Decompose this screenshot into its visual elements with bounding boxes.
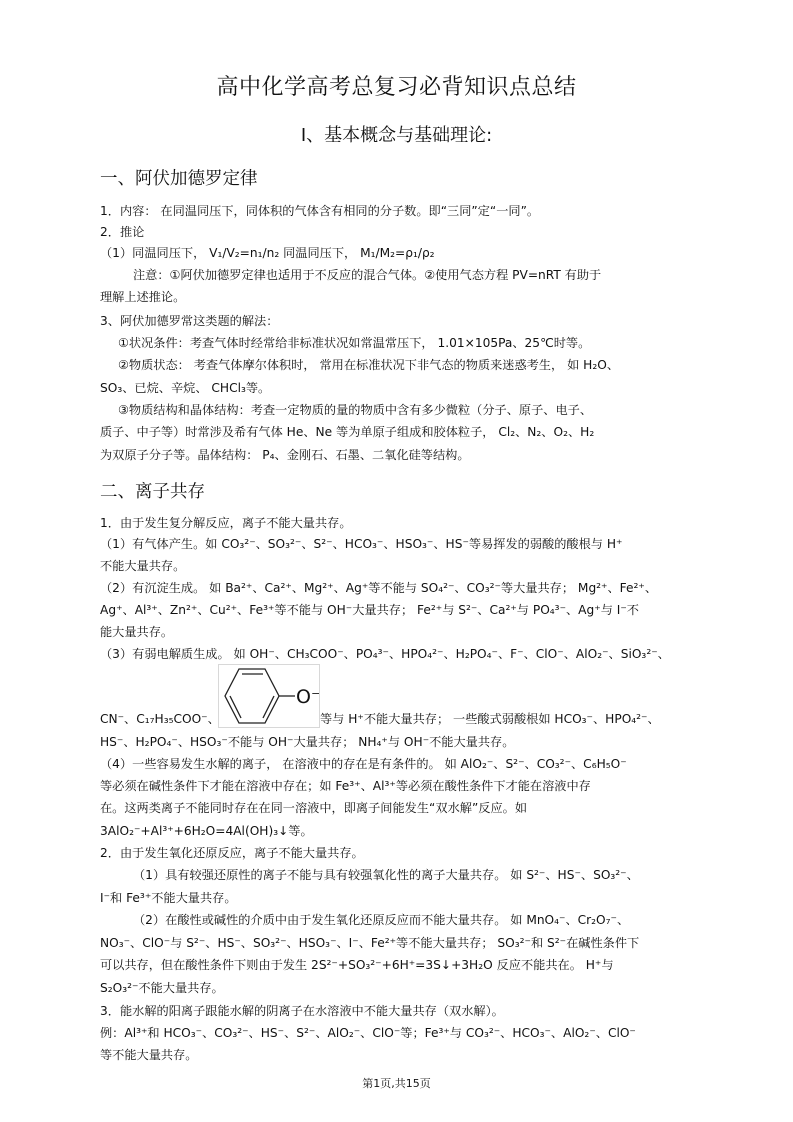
text-line: NO₃⁻、ClO⁻与 S²⁻、HS⁻、SO₃²⁻、HSO₃⁻、I⁻、Fe²⁺等不… xyxy=(100,935,639,951)
text-line: （2）在酸性或碱性的介质中由于发生氧化还原反应而不能大量共存。 如 MnO₄⁻、… xyxy=(133,912,629,928)
text-line: ①状况条件：考查气体时经常给非标准状况如常温常压下， 1.01×105Pa、25… xyxy=(118,335,590,351)
text-line: 能大量共存。 xyxy=(100,624,173,640)
text-line: 1．内容： 在同温同压下，同体积的气体含有相同的分子数。即“三同”定“一同”。 xyxy=(100,203,539,219)
text-line: 注意：①阿伏加德罗定律也适用于不反应的混合气体。②使用气态方程 PV=nRT 有… xyxy=(133,267,601,283)
document-title: 高中化学高考总复习必背知识点总结 xyxy=(0,70,793,101)
text-line: S₂O₃²⁻不能大量共存。 xyxy=(100,980,224,996)
text-line: 质子、中子等）时常涉及希有气体 He、Ne 等为单原子组成和胶体粒子， Cl₂、… xyxy=(100,424,594,440)
text-line: 3、阿伏加德罗常这类题的解法： xyxy=(100,313,278,329)
text-line: 等与 H⁺不能大量共存； 一些酸式弱酸根如 HCO₃⁻、HPO₄²⁻、 xyxy=(320,711,660,727)
text-line: 1．由于发生复分解反应，离子不能大量共存。 xyxy=(100,515,352,531)
text-line: 为双原子分子等。晶体结构： P₄、金刚石、石墨、二氧化硅等结构。 xyxy=(100,447,470,463)
section-heading-ion-coexistence: 二、离子共存 xyxy=(100,478,205,503)
document-page: 高中化学高考总复习必背知识点总结 Ⅰ、基本概念与基础理论: 一、阿伏加德罗定律 … xyxy=(0,0,793,1122)
text-line: （1）有气体产生。如 CO₃²⁻、SO₃²⁻、S²⁻、HCO₃⁻、HSO₃⁻、H… xyxy=(100,536,622,552)
text-line: 在。这两类离子不能同时存在在同一溶液中，即离子间能发生“双水解”反应。如 xyxy=(100,800,527,816)
text-line: 3AlO₂⁻+Al³⁺+6H₂O=4Al(OH)₃↓等。 xyxy=(100,823,313,839)
text-line: 2．由于发生氧化还原反应，离子不能大量共存。 xyxy=(100,845,364,861)
text-line: 2．推论 xyxy=(100,224,144,240)
text-line: （2）有沉淀生成。 如 Ba²⁺、Ca²⁺、Mg²⁺、Ag⁺等不能与 SO₄²⁻… xyxy=(100,580,657,596)
text-line: 例：Al³⁺和 HCO₃⁻、CO₃²⁻、HS⁻、S²⁻、AlO₂⁻、ClO⁻等；… xyxy=(100,1025,636,1041)
text-line: 3．能水解的阳离子跟能水解的阴离子在水溶液中不能大量共存（双水解）。 xyxy=(100,1003,504,1019)
text-line: CN⁻、C₁₇H₃₅COO⁻、 xyxy=(100,711,220,727)
text-line: ②物质状态： 考查气体摩尔体积时， 常用在标准状况下非气态的物质来迷惑考生， 如… xyxy=(118,357,619,373)
text-line: 等不能大量共存。 xyxy=(100,1047,198,1063)
phenoxide-ion-icon: O⁻ xyxy=(219,665,319,727)
text-line: （3）有弱电解质生成。 如 OH⁻、CH₃COO⁻、PO₄³⁻、HPO₄²⁻、H… xyxy=(100,646,670,662)
section-heading-avogadro: 一、阿伏加德罗定律 xyxy=(100,165,258,190)
text-line: Ag⁺、Al³⁺、Zn²⁺、Cu²⁺、Fe³⁺等不能与 OH⁻大量共存； Fe²… xyxy=(100,602,639,618)
text-line: HS⁻、H₂PO₄⁻、HSO₃⁻不能与 OH⁻大量共存； NH₄⁺与 OH⁻不能… xyxy=(100,734,514,750)
page-number: 第1页,共15页 xyxy=(0,1075,793,1091)
text-line: 不能大量共存。 xyxy=(100,558,185,574)
svg-text:O⁻: O⁻ xyxy=(296,686,319,708)
text-line: （4）一些容易发生水解的离子， 在溶液中的存在是有条件的。 如 AlO₂⁻、S²… xyxy=(100,756,627,772)
text-line: I⁻和 Fe³⁺不能大量共存。 xyxy=(100,890,237,906)
document-subtitle: Ⅰ、基本概念与基础理论: xyxy=(0,121,793,147)
text-line: （1）同温同压下， V₁/V₂=n₁/n₂ 同温同压下， M₁/M₂=ρ₁/ρ₂ xyxy=(100,245,435,261)
text-line: SO₃、已烷、辛烷、 CHCl₃等。 xyxy=(100,380,270,396)
phenoxide-structure-figure: O⁻ xyxy=(218,664,320,728)
text-line: ③物质结构和晶体结构：考查一定物质的量的物质中含有多少微粒（分子、原子、电子、 xyxy=(118,402,592,418)
text-line: 等必须在碱性条件下才能在溶液中存在；如 Fe³⁺、Al³⁺等必须在酸性条件下才能… xyxy=(100,778,591,794)
text-line: （1）具有较强还原性的离子不能与具有较强氧化性的离子大量共存。 如 S²⁻、HS… xyxy=(133,867,639,883)
text-line: 可以共存，但在酸性条件下则由于发生 2S²⁻+SO₃²⁻+6H⁺=3S↓+3H₂… xyxy=(100,957,614,973)
text-line: 理解上述推论。 xyxy=(100,289,185,305)
